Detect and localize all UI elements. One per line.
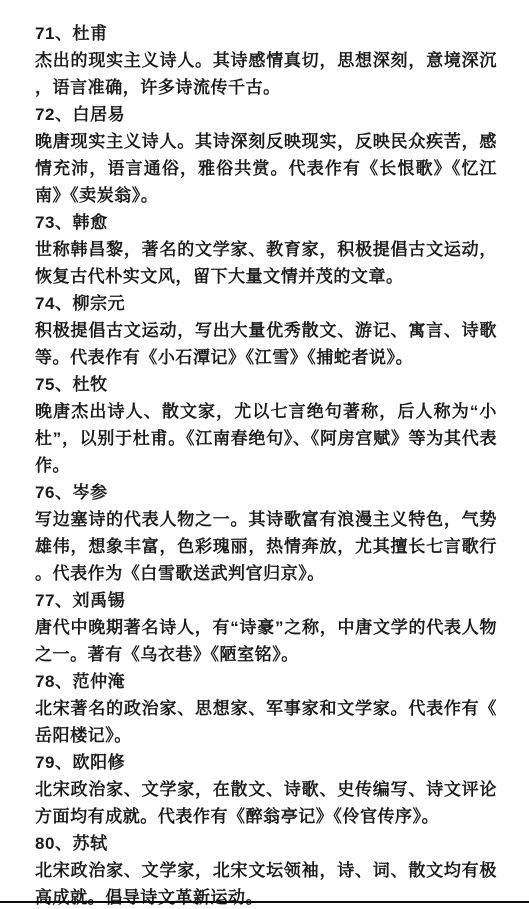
- entry-heading: 78、范仲淹: [35, 668, 497, 695]
- poet-entry: 71、杜甫 杰出的现实主义诗人。其诗感情真切，思想深刻，意境深沉，语言准确，许多…: [35, 20, 497, 101]
- document-page: 71、杜甫 杰出的现实主义诗人。其诗感情真切，思想深刻，意境深沉，语言准确，许多…: [0, 0, 529, 909]
- entry-heading: 79、欧阳修: [35, 749, 497, 776]
- entry-heading: 77、刘禹锡: [35, 587, 497, 614]
- entry-description: 积极提倡古文运动，写出大量优秀散文、游记、寓言、诗歌等。代表作有《小石潭记》《江…: [35, 317, 497, 371]
- poet-entry: 77、刘禹锡 唐代中晚期著名诗人，有“诗豪”之称，中唐文学的代表人物之一。著有《…: [35, 587, 497, 668]
- entry-list: 71、杜甫 杰出的现实主义诗人。其诗感情真切，思想深刻，意境深沉，语言准确，许多…: [35, 20, 497, 909]
- entry-description: 北宋著名的政治家、思想家、军事家和文学家。代表作有《岳阳楼记》。: [35, 695, 497, 749]
- entry-heading: 72、白居易: [35, 101, 497, 128]
- poet-entry: 72、白居易 晚唐现实主义诗人。其诗深刻反映现实，反映民众疾苦，感情充沛，语言通…: [35, 101, 497, 209]
- poet-entry: 76、岑参 写边塞诗的代表人物之一。其诗歌富有浪漫主义特色，气势雄伟，想象丰富，…: [35, 479, 497, 587]
- poet-entry: 78、范仲淹 北宋著名的政治家、思想家、军事家和文学家。代表作有《岳阳楼记》。: [35, 668, 497, 749]
- poet-entry: 79、欧阳修 北宋政治家、文学家，在散文、诗歌、史传编写、诗文评论方面均有成就。…: [35, 749, 497, 830]
- poet-entry: 75、杜牧 晚唐杰出诗人、散文家，尤以七言绝句著称，后人称为“小杜”，以别于杜甫…: [35, 371, 497, 479]
- entry-description: 杰出的现实主义诗人。其诗感情真切，思想深刻，意境深沉，语言准确，许多诗流传千古。: [35, 47, 497, 101]
- entry-description: 唐代中晚期著名诗人，有“诗豪”之称，中唐文学的代表人物之一。著有《乌衣巷》《陋室…: [35, 614, 497, 668]
- entry-description: 北宋政治家、文学家，在散文、诗歌、史传编写、诗文评论方面均有成就。代表作有《醉翁…: [35, 776, 497, 830]
- entry-heading: 75、杜牧: [35, 371, 497, 398]
- entry-description: 晚唐杰出诗人、散文家，尤以七言绝句著称，后人称为“小杜”，以别于杜甫。《江南春绝…: [35, 398, 497, 479]
- entry-heading: 80、苏轼: [35, 830, 497, 857]
- entry-description: 晚唐现实主义诗人。其诗深刻反映现实，反映民众疾苦，感情充沛，语言通俗，雅俗共赏。…: [35, 128, 497, 209]
- poet-entry: 74、柳宗元 积极提倡古文运动，写出大量优秀散文、游记、寓言、诗歌等。代表作有《…: [35, 290, 497, 371]
- entry-heading: 76、岑参: [35, 479, 497, 506]
- poet-entry: 80、苏轼 北宋政治家、文学家，北宋文坛领袖，诗、词、散文均有极高成就。倡导诗文…: [35, 830, 497, 909]
- page-bottom-border: [0, 901, 529, 903]
- entry-description: 写边塞诗的代表人物之一。其诗歌富有浪漫主义特色，气势雄伟，想象丰富，色彩瑰丽，热…: [35, 506, 497, 587]
- poet-entry: 73、韩愈 世称韩昌黎，著名的文学家、教育家，积极提倡古文运动，恢复古代朴实文风…: [35, 209, 497, 290]
- entry-heading: 74、柳宗元: [35, 290, 497, 317]
- entry-description: 世称韩昌黎，著名的文学家、教育家，积极提倡古文运动，恢复古代朴实文风，留下大量文…: [35, 236, 497, 290]
- entry-heading: 73、韩愈: [35, 209, 497, 236]
- entry-heading: 71、杜甫: [35, 20, 497, 47]
